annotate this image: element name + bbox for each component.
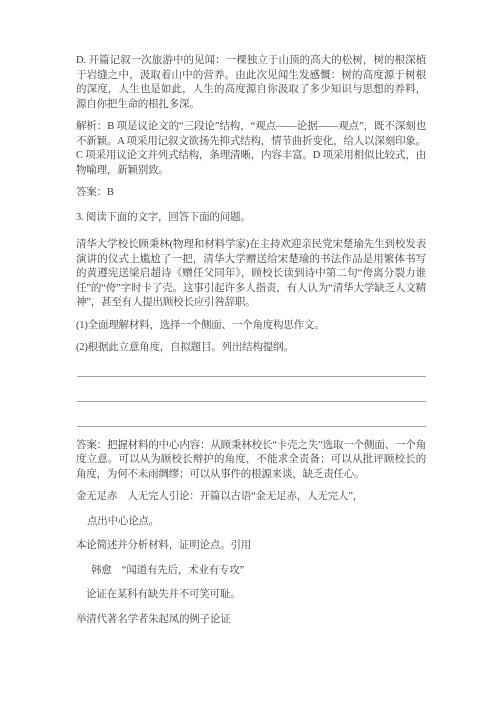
answer-paragraph: 答案：把握材料的中心内容：从顾秉林校长“卡壳之失”选取一个侧面、一个角度立意。可… [76,439,426,483]
answer-blank-line [77,426,426,427]
answer-blank-line [77,401,426,402]
answer-blank-line [77,376,426,377]
outline-quote-line: 韩愈 “闻道有先后，术业有专攻” [76,564,426,579]
outline-title-line: 金无足赤 人无完人引论：开篇以古语“金无足赤，人无完人”， [76,490,426,505]
option-d-paragraph: D. 开篇记叙一次旅游中的见闻：一棵独立于山顶的高大的松树，树的根深植于岩缝之中… [76,54,426,112]
sub-question-1: (1)全面理解材料，选择一个侧面、一个角度构思作文。 [76,319,426,334]
analysis-paragraph: 解析：B 项是议论文的“三段论”结构，“观点——论据——观点”，既不深刻也不新颖… [76,120,426,178]
question-3-heading: 3. 阅读下面的文字，回答下面的问题。 [76,211,426,226]
outline-example-line: 举清代著名学者朱起凤的例子论证 [76,613,426,628]
sub-question-2: (2)根据此立意角度，自拟题目。列出结构提纲。 [76,341,426,356]
material-paragraph: 清华大学校长顾秉林(物理和材料学家)在主持欢迎亲民党宋楚瑜先生到校发表演讲的仪式… [76,238,426,311]
outline-point-line: 点出中心论点。 [76,515,426,530]
document-page: D. 开篇记叙一次旅游中的见闻：一棵独立于山顶的高大的松树，树的根深植于岩缝之中… [0,0,500,707]
answer-b-line: 答案：B [76,186,426,201]
outline-body-line: 本论简述并分析材料，证明论点。引用 [76,539,426,554]
outline-argument-line: 论证在某科有缺失并不可笑可耻。 [76,588,426,603]
